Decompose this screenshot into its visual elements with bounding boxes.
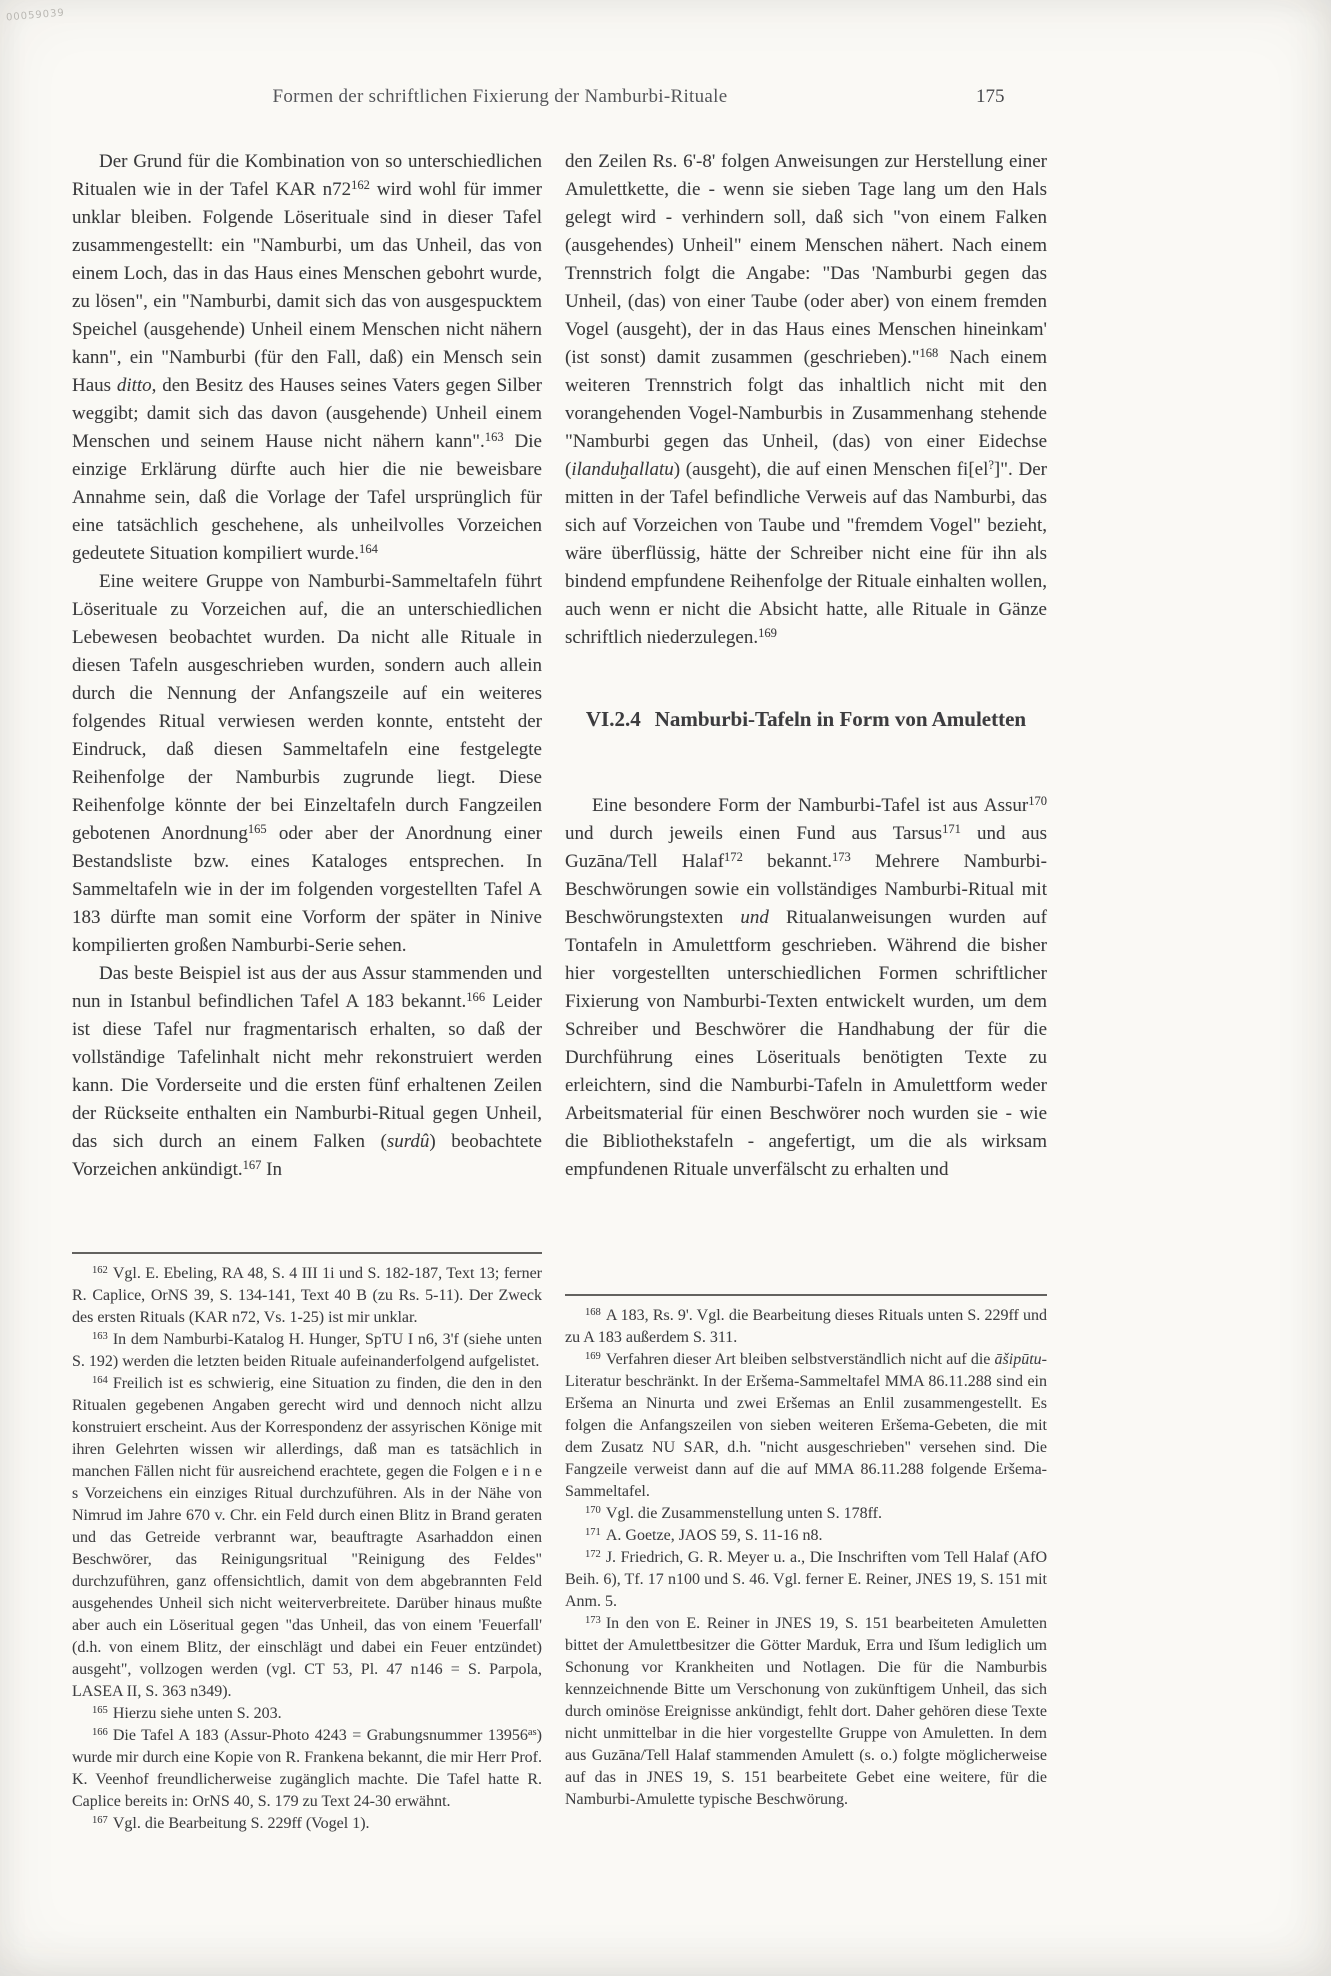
footnote-text: Freilich ist es schwierig, eine Situatio… <box>72 1375 542 1700</box>
running-header: Formen der schriftlichen Fixierung der N… <box>250 86 750 108</box>
footnote-166: 166Die Tafel A 183 (Assur-Photo 4243 = G… <box>72 1725 542 1813</box>
footnote-number: 168 <box>585 1307 601 1318</box>
left-column: Der Grund für die Kombination von so unt… <box>72 148 542 1184</box>
footnote-173: 173In den von E. Reiner in JNES 19, S. 1… <box>565 1613 1047 1811</box>
footnote-165: 165Hierzu siehe unten S. 203. <box>72 1703 542 1725</box>
section-title: Namburbi-Tafeln in Form von Amuletten <box>655 707 1026 731</box>
footnote-163: 163In dem Namburbi-Katalog H. Hunger, Sp… <box>72 1329 542 1373</box>
footnote-167: 167Vgl. die Bearbeitung S. 229ff (Vogel … <box>72 1813 542 1835</box>
footnote-text: A. Goetze, JAOS 59, S. 11-16 n8. <box>606 1527 823 1544</box>
footnote-rule-left <box>72 1252 542 1254</box>
footnote-text: Vgl. E. Ebeling, RA 48, S. 4 III 1i und … <box>72 1265 542 1326</box>
footnote-number: 163 <box>92 1331 108 1342</box>
footnote-text: J. Friedrich, G. R. Meyer u. a., Die Ins… <box>565 1549 1047 1610</box>
scan-artifact-number: 00059039 <box>6 7 66 23</box>
footnote-number: 165 <box>92 1705 108 1716</box>
page-number: 175 <box>976 86 1005 108</box>
footnote-number: 164 <box>92 1375 108 1386</box>
footnote-number: 170 <box>585 1505 601 1516</box>
footnote-text: A 183, Rs. 9'. Vgl. die Bearbeitung dies… <box>565 1307 1047 1346</box>
paragraph-sammeltafeln: Eine weitere Gruppe von Namburbi-Sammelt… <box>72 568 542 960</box>
footnote-text: In dem Namburbi-Katalog H. Hunger, SpTU … <box>72 1331 542 1370</box>
running-title: Formen der schriftlichen Fixierung der N… <box>273 86 728 107</box>
footnote-169: 169Verfahren dieser Art bleiben selbstve… <box>565 1349 1047 1503</box>
footnote-number: 171 <box>585 1527 601 1538</box>
footnote-text: In den von E. Reiner in JNES 19, S. 151 … <box>565 1615 1047 1808</box>
footnote-number: 166 <box>92 1727 108 1738</box>
section-heading: VI.2.4Namburbi-Tafeln in Form von Amulet… <box>565 704 1047 734</box>
footnotes-right: 168A 183, Rs. 9'. Vgl. die Bearbeitung d… <box>565 1305 1047 1811</box>
footnote-number: 169 <box>585 1351 601 1362</box>
footnote-170: 170Vgl. die Zusammenstellung unten S. 17… <box>565 1503 1047 1525</box>
footnote-171: 171A. Goetze, JAOS 59, S. 11-16 n8. <box>565 1525 1047 1547</box>
footnote-text: Hierzu siehe unten S. 203. <box>113 1705 282 1722</box>
footnote-172: 172J. Friedrich, G. R. Meyer u. a., Die … <box>565 1547 1047 1613</box>
footnote-rule-right <box>565 1294 1047 1296</box>
paragraph-tafel-a183: Das beste Beispiel ist aus der aus Assur… <box>72 960 542 1184</box>
footnote-text: Verfahren dieser Art bleiben selbstverst… <box>565 1351 1047 1500</box>
scanned-book-page: 00059039 Formen der schriftlichen Fixier… <box>0 0 1331 1976</box>
section-number: VI.2.4 <box>586 707 641 731</box>
footnote-164: 164Freilich ist es schwierig, eine Situa… <box>72 1373 542 1703</box>
footnote-number: 173 <box>585 1615 601 1626</box>
footnote-text: Die Tafel A 183 (Assur-Photo 4243 = Grab… <box>72 1727 542 1810</box>
paragraph-kombination: Der Grund für die Kombination von so unt… <box>72 148 542 568</box>
footnote-text: Vgl. die Zusammenstellung unten S. 178ff… <box>606 1505 882 1522</box>
paragraph-amulettkette: den Zeilen Rs. 6'-8' folgen Anweisungen … <box>565 148 1047 652</box>
footnote-number: 172 <box>585 1549 601 1560</box>
footnote-number: 162 <box>92 1265 108 1276</box>
footnote-text: Vgl. die Bearbeitung S. 229ff (Vogel 1). <box>113 1815 370 1832</box>
footnote-162: 162Vgl. E. Ebeling, RA 48, S. 4 III 1i u… <box>72 1263 542 1329</box>
footnote-number: 167 <box>92 1815 108 1826</box>
footnote-168: 168A 183, Rs. 9'. Vgl. die Bearbeitung d… <box>565 1305 1047 1349</box>
right-column: den Zeilen Rs. 6'-8' folgen Anweisungen … <box>565 148 1047 1184</box>
footnotes-left: 162Vgl. E. Ebeling, RA 48, S. 4 III 1i u… <box>72 1263 542 1835</box>
paragraph-amulettform: Eine besondere Form der Namburbi-Tafel i… <box>565 792 1047 1184</box>
